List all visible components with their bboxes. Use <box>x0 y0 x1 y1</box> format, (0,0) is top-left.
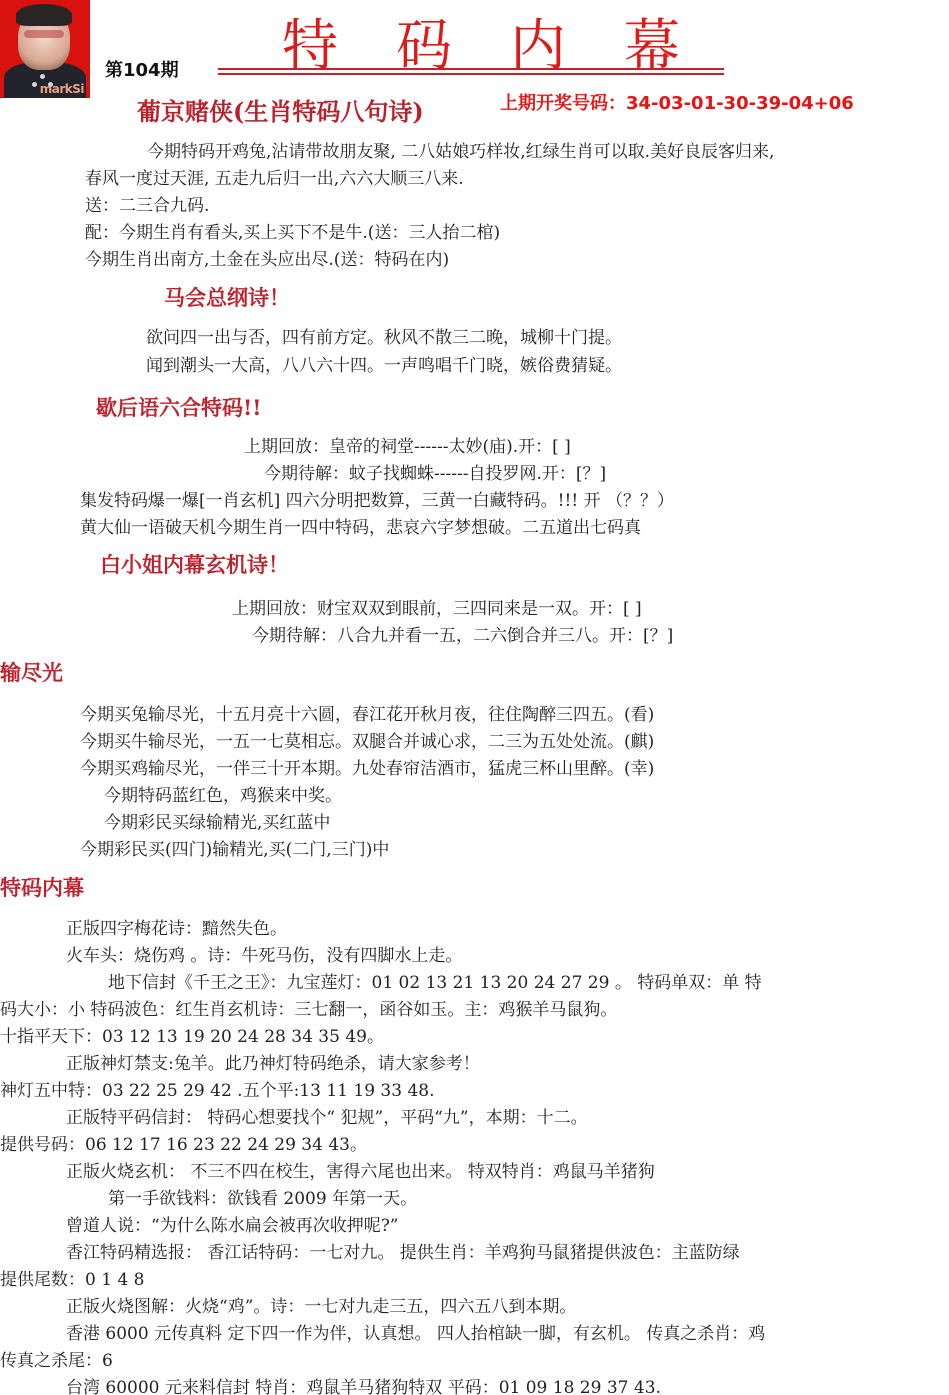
poem-line: 今期特码开鸡兔,沾请带故朋友聚, 二八姑娘巧样妆,红绿生肖可以取.美好良辰客归来… <box>147 137 774 162</box>
section-title-lose-all: 输尽光 <box>0 657 63 687</box>
inside-line: 地下信封《千王之王》：九宝莲灯：01 02 13 21 13 20 24 27 … <box>108 968 762 993</box>
avatar: markSi <box>0 0 90 98</box>
inside-line: 正版火烧玄机： 不三不四在校生，害得六尾也出来。 特双特肖：鸡鼠马羊猪狗 <box>66 1157 655 1182</box>
riddle-line: 集发特码爆一爆[一肖玄机] 四六分明把数算，三黄一白藏特码。!!! 开 （？？） <box>80 486 674 511</box>
section-title-riddle: 歇后语六合特码!! <box>96 392 261 422</box>
avatar-button-dot <box>40 74 45 79</box>
inside-line: 码大小：小 特码波色：红生肖玄机诗：三七翻一，函谷如玉。主：鸡猴羊马鼠狗。 <box>0 995 617 1020</box>
inside-line: 正版神灯禁支:兔羊。此乃神灯特码绝杀，请大家参考！ <box>66 1049 480 1074</box>
poem-line: 送：二三合九码. <box>85 191 209 216</box>
inside-line: 神灯五中特：03 22 25 29 42 .五个平:13 11 19 33 48… <box>0 1076 435 1101</box>
riddle-line: 今期待解：蚊子找蜘蛛------自投罗网.开：[？] <box>264 459 606 484</box>
inside-line: 正版火烧图解：火烧“鸡”。诗：一七对九走三五，四六五八到本期。 <box>66 1292 576 1317</box>
inside-line: 台湾 60000 元来料信封 特肖：鸡鼠羊马猪狗特双 平码：01 09 18 2… <box>66 1373 661 1395</box>
page-title: 特码内幕 <box>282 2 738 82</box>
avatar-watermark: markSi <box>40 82 84 96</box>
poem-line: 配：今期生肖有看头,买上买下不是牛.(送：三人抬二棺) <box>85 218 500 243</box>
inside-line: 十指平天下：03 12 13 19 20 24 28 34 35 49。 <box>0 1022 384 1047</box>
section-title-inside: 特码内幕 <box>0 872 84 902</box>
miss-bai-line: 上期回放：财宝双双到眼前，三四同来是一双。开：[ ] <box>232 594 642 619</box>
inside-line: 香港 6000 元传真料 定下四一作为伴，认真想。 四人抬棺缺一脚，有玄机。 传… <box>66 1319 765 1344</box>
inside-line: 香江特码精选报： 香江话特码：一七对九。 提供生肖：羊鸡狗马鼠猪提供波色：主蓝防… <box>66 1238 740 1263</box>
poem-line: 春风一度过天涯, 五走九后归一出,六六大顺三八来. <box>85 164 464 189</box>
lose-all-line: 今期买牛输尽光，一五一七莫相忘。双腿合并诚心求，二三为五处处流。(麒) <box>80 727 654 752</box>
inside-line: 正版四字梅花诗：黯然失色。 <box>66 914 287 939</box>
lose-all-line: 今期彩民买(四门)输精光,买(二门,三门)中 <box>80 835 389 860</box>
lose-all-line: 今期买鸡输尽光，一伴三十开本期。九处春帘洁酒市，猛虎三杯山里醉。(幸) <box>80 754 654 779</box>
section-title-miss-bai: 白小姐内幕玄机诗！ <box>100 549 289 579</box>
poem-line: 今期生肖出南方,土金在头应出尽.(送：特码在内) <box>85 245 449 270</box>
inside-line: 火车头：烧伤鸡 。诗：牛死马伤，没有四脚水上走。 <box>66 941 462 966</box>
riddle-line: 黄大仙一语破天机今期生肖一四中特码，悲哀六字梦想破。二五道出七码真 <box>80 513 641 538</box>
last-draw-numbers: 上期开奖号码：34-03-01-30-39-04+06 <box>500 89 854 115</box>
inside-line: 第一手欲钱料：欲钱看 2009 年第一天。 <box>108 1184 417 1209</box>
inside-line: 曾道人说：“为什么陈水扁会被再次收押呢?” <box>66 1211 399 1236</box>
title-underline <box>218 68 724 70</box>
poem-line: 欲问四一出与否，四有前方定。秋风不散三二晚，城柳十门提。 <box>146 323 622 348</box>
avatar-glasses <box>24 30 64 38</box>
lose-all-line: 今期买兔输尽光，十五月亮十六圆，春江花开秋月夜，往住陶醉三四五。(看) <box>80 700 654 725</box>
inside-line: 正版特平码信封： 特码心想要找个“ 犯规”，平码“九”，本期：十二。 <box>66 1103 588 1128</box>
section-title-eight-line-poem: 葡京赌侠(生肖特码八句诗) <box>137 92 424 127</box>
avatar-button-dot <box>32 82 37 87</box>
riddle-line: 上期回放：皇帝的祠堂------太妙(庙).开：[ ] <box>244 432 571 457</box>
inside-line: 传真之杀尾：6 <box>0 1346 113 1371</box>
avatar-hair <box>16 4 72 26</box>
section-title-horse-poem: 马会总纲诗！ <box>164 282 290 312</box>
miss-bai-line: 今期待解：八合九并看一五，二六倒合并三八。开：[？] <box>252 621 673 646</box>
title-underline <box>218 73 724 75</box>
lose-all-line: 今期彩民买绿输精光,买红蓝中 <box>104 808 330 833</box>
inside-line: 提供尾数：0 1 4 8 <box>0 1265 144 1290</box>
inside-line: 提供号码：06 12 17 16 23 22 24 29 34 43。 <box>0 1130 367 1155</box>
lose-all-line: 今期特码蓝红色，鸡猴来中奖。 <box>104 781 342 806</box>
poem-line: 闻到潮头一大高，八八六十四。一声鸣唱千门晓，嫉俗费猜疑。 <box>146 351 622 376</box>
issue-label: 第104期 <box>105 56 179 82</box>
